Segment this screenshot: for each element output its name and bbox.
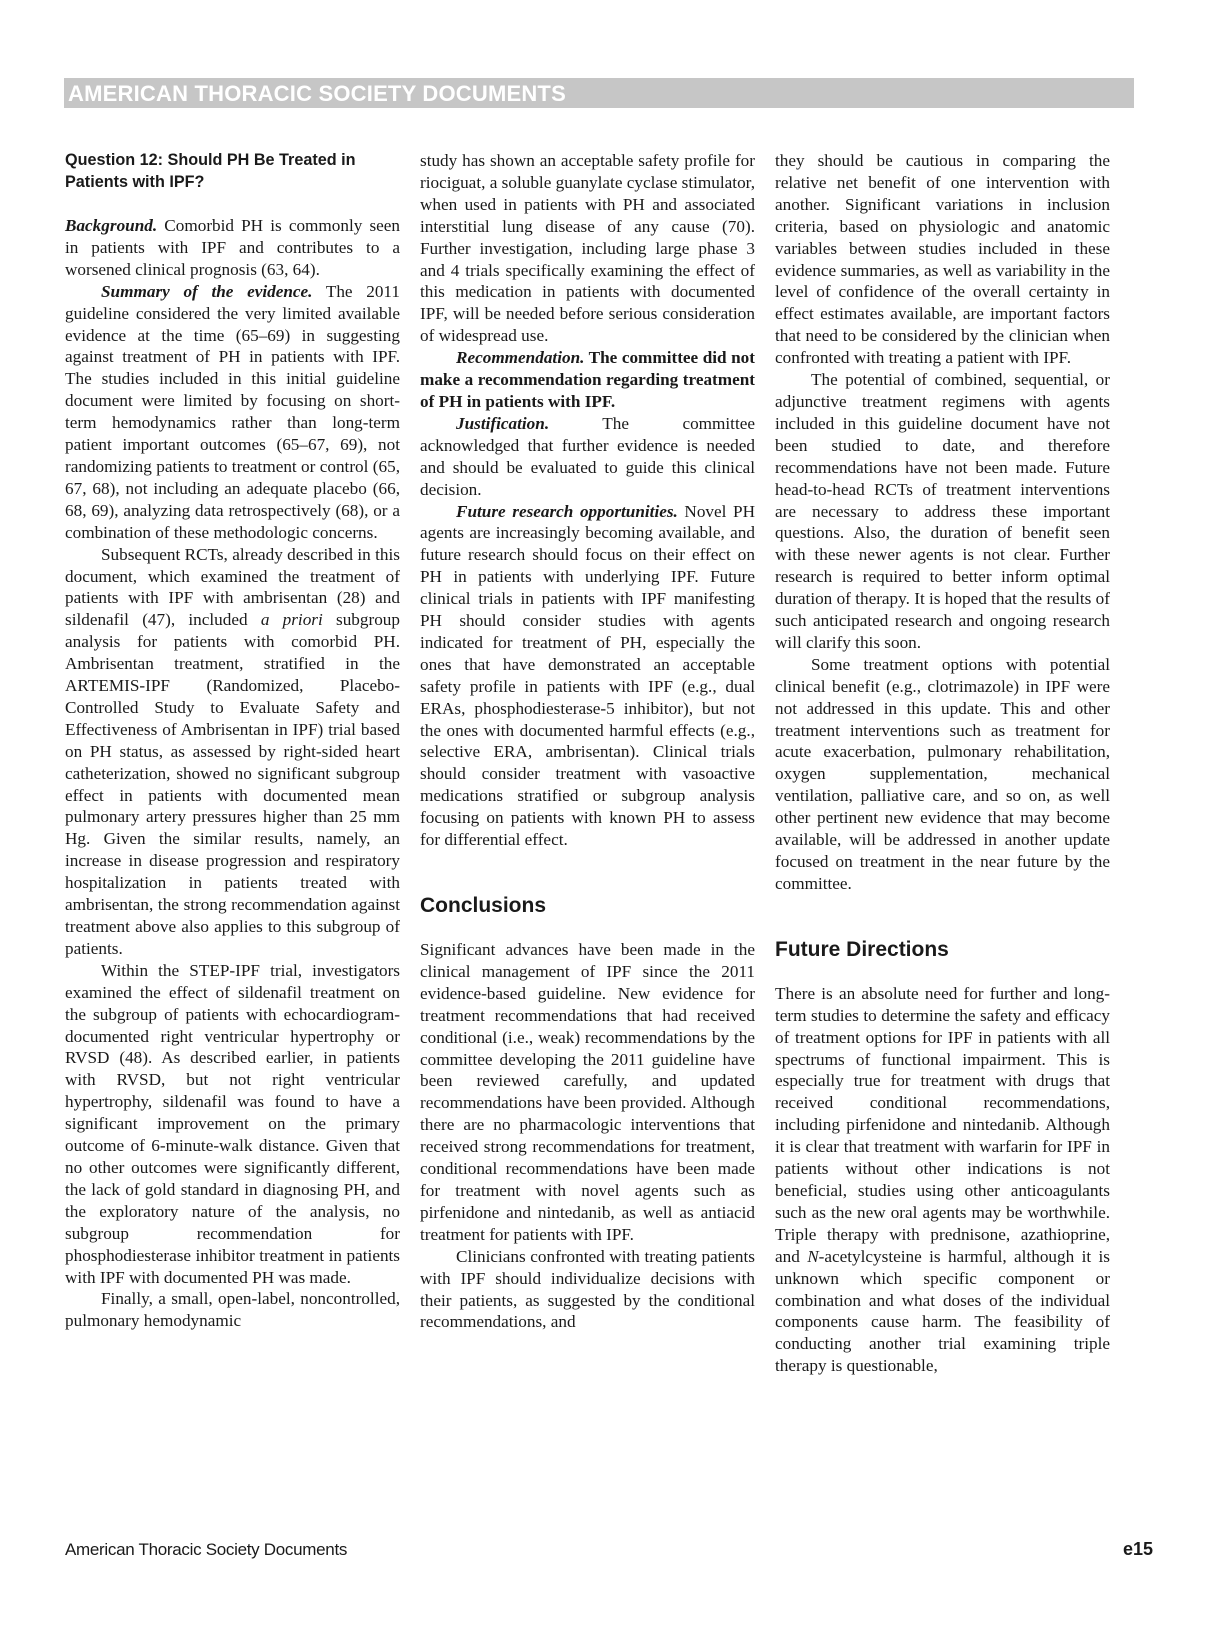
paragraph-cautious: they should be cautious in comparing the… — [775, 150, 1110, 369]
column-1: Question 12: Should PH Be Treated in Pat… — [65, 150, 400, 1332]
runin-heading: Justification. — [456, 414, 549, 433]
paragraph-future-research: Future research opportunities. Novel PH … — [420, 501, 755, 852]
paragraph-recommendation: Recommendation. The committee did not ma… — [420, 347, 755, 413]
runin-heading: Future research opportunities. — [456, 502, 678, 521]
paragraph-subsequent-rcts: Subsequent RCTs, already described in th… — [65, 544, 400, 960]
paragraph-future-directions: There is an absolute need for further an… — [775, 983, 1110, 1377]
paragraph-justification: Justification. The committee acknowledge… — [420, 413, 755, 501]
column-3: they should be cautious in comparing the… — [775, 150, 1110, 1377]
section-banner: AMERICAN THORACIC SOCIETY DOCUMENTS — [64, 78, 1134, 108]
runin-heading: Summary of the evidence. — [101, 282, 312, 301]
paragraph-combined-treatment: The potential of combined, sequential, o… — [775, 369, 1110, 654]
paragraph-riociguat: study has shown an acceptable safety pro… — [420, 150, 755, 347]
paragraph-text: There is an absolute need for further an… — [775, 984, 1110, 1266]
paragraph-other-options: Some treatment options with potential cl… — [775, 654, 1110, 895]
section-heading-future-directions: Future Directions — [775, 938, 1110, 962]
runin-heading: Background. — [65, 216, 157, 235]
paragraph-text: Novel PH agents are increasingly becomin… — [420, 502, 755, 850]
paragraph-clinicians: Clinicians confronted with treating pati… — [420, 1246, 755, 1334]
italic-term: N — [807, 1247, 818, 1266]
column-2: study has shown an acceptable safety pro… — [420, 150, 755, 1333]
page-number: e15 — [1123, 1539, 1153, 1560]
paragraph-text: -acetylcysteine is harmful, although it … — [775, 1247, 1110, 1376]
paragraph-finally: Finally, a small, open-label, noncontrol… — [65, 1288, 400, 1332]
runin-heading: Recommendation. — [456, 348, 584, 367]
paragraph-text: subgroup analysis for patients with como… — [65, 610, 400, 958]
paragraph-summary-evidence: Summary of the evidence. The 2011 guidel… — [65, 281, 400, 544]
paragraph-background: Background. Comorbid PH is commonly seen… — [65, 215, 400, 281]
paragraph-step-ipf: Within the STEP-IPF trial, investigators… — [65, 960, 400, 1289]
italic-term: a priori — [261, 610, 323, 629]
question-heading: Question 12: Should PH Be Treated in Pat… — [65, 150, 400, 193]
paragraph-conclusions: Significant advances have been made in t… — [420, 939, 755, 1246]
section-heading-conclusions: Conclusions — [420, 894, 755, 918]
paragraph-text: The 2011 guideline considered the very l… — [65, 282, 400, 542]
footer-journal-name: American Thoracic Society Documents — [65, 1540, 347, 1560]
